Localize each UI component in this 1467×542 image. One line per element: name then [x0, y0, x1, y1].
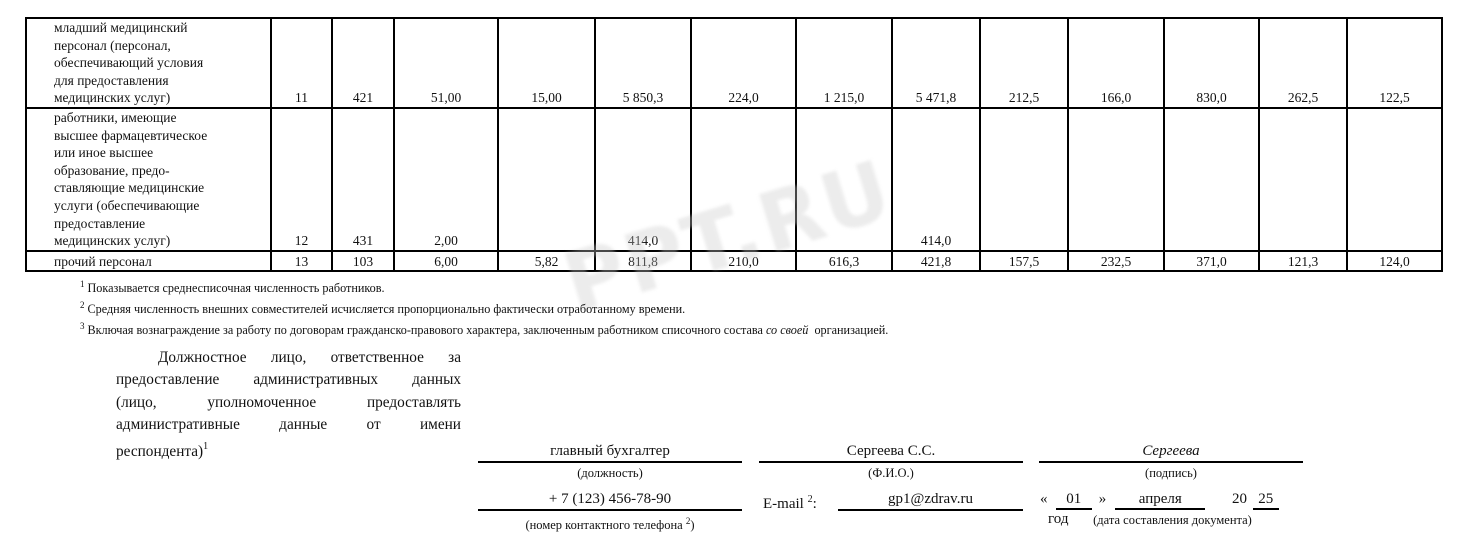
row-label-line: прочий персонал: [54, 253, 266, 270]
row-label-line: для предоставления: [54, 72, 266, 90]
row-label-line: медицинских услуг): [54, 89, 266, 107]
footnote-mark: 2: [80, 300, 85, 310]
table-row: младший медицинскийперсонал (персонал,об…: [26, 18, 1442, 108]
row-label-line: обеспечивающий условия: [54, 54, 266, 72]
value-cell: [498, 108, 595, 251]
position-value[interactable]: главный бухгалтер: [478, 442, 742, 463]
signature-value[interactable]: Сергеева: [1039, 442, 1303, 463]
responsible-person-statement: Должностное лицо, ответственное за предо…: [116, 347, 461, 463]
footnote-mark: 3: [80, 321, 85, 331]
row-label-line: образование, предо-: [54, 162, 266, 180]
value-cell: 371,0: [1164, 251, 1259, 271]
value-cell: [1164, 108, 1259, 251]
phone-field[interactable]: + 7 (123) 456-78-90 (номер контактного т…: [478, 490, 742, 533]
table-row: работники, имеющиевысшее фармацевтическо…: [26, 108, 1442, 251]
email-label: E-mail 2:: [763, 490, 817, 514]
value-cell: 122,5: [1347, 18, 1442, 108]
value-cell: 15,00: [498, 18, 595, 108]
value-cell: [1259, 108, 1347, 251]
footnote-1: 1Показывается среднесписочная численност…: [80, 274, 888, 295]
responsible-line-2: предоставление административных данных: [116, 369, 461, 391]
email-value[interactable]: gp1@zdrav.ru: [838, 490, 1023, 511]
footnote-mark: 1: [80, 279, 85, 289]
value-cell: 414,0: [595, 108, 691, 251]
okpd-code-cell: 421: [332, 18, 394, 108]
row-label-line: работники, имеющие: [54, 109, 266, 127]
signature-caption: (подпись): [1039, 465, 1303, 481]
value-cell: [980, 108, 1068, 251]
row-label: работники, имеющиевысшее фармацевтическо…: [26, 108, 271, 251]
value-cell: 1 215,0: [796, 18, 892, 108]
value-cell: 224,0: [691, 18, 796, 108]
row-label-line: высшее фармацевтическое: [54, 127, 266, 145]
responsible-line-1: Должностное лицо, ответственное за: [116, 347, 461, 369]
value-cell: 6,00: [394, 251, 498, 271]
value-cell: [1347, 108, 1442, 251]
position-caption: (должность): [478, 465, 742, 481]
row-number-cell: 12: [271, 108, 332, 251]
value-cell: 51,00: [394, 18, 498, 108]
phone-value[interactable]: + 7 (123) 456-78-90: [478, 490, 742, 511]
footnote-italic-text: со своей: [766, 323, 808, 337]
responsible-line-3: (лицо, уполномоченное предоставлять: [116, 392, 461, 414]
footnote-text: Показывается среднесписочная численность…: [88, 281, 385, 295]
responsible-line-4: административные данные от имени: [116, 414, 461, 436]
footnotes: 1Показывается среднесписочная численност…: [80, 274, 888, 337]
value-cell: [796, 108, 892, 251]
row-label-line: ставляющие медицинские: [54, 179, 266, 197]
personnel-data-table: младший медицинскийперсонал (персонал,об…: [25, 17, 1443, 272]
row-label-line: медицинских услуг): [54, 232, 266, 250]
value-cell: 157,5: [980, 251, 1068, 271]
email-field[interactable]: gp1@zdrav.ru: [838, 490, 1023, 511]
footnote-mark: 1: [203, 441, 208, 452]
value-cell: 616,3: [796, 251, 892, 271]
footnote-text: Включая вознаграждение за работу по дого…: [88, 323, 766, 337]
date-close-quote: »: [1096, 490, 1110, 509]
value-cell: 212,5: [980, 18, 1068, 108]
value-cell: 5 471,8: [892, 18, 980, 108]
date-month-field[interactable]: апреля: [1115, 491, 1205, 510]
value-cell: 262,5: [1259, 18, 1347, 108]
row-label: младший медицинскийперсонал (персонал,об…: [26, 18, 271, 108]
table-row: прочий персонал131036,005,82811,8210,061…: [26, 251, 1442, 271]
phone-caption: (номер контактного телефона 2): [478, 513, 742, 533]
fio-value[interactable]: Сергеева С.С.: [759, 442, 1023, 463]
row-label-line: персонал (персонал,: [54, 37, 266, 55]
date-caption: (дата составления документа): [1040, 512, 1305, 528]
position-field[interactable]: главный бухгалтер (должность): [478, 442, 742, 481]
value-cell: 414,0: [892, 108, 980, 251]
value-cell: 5 850,3: [595, 18, 691, 108]
value-cell: 811,8: [595, 251, 691, 271]
value-cell: [691, 108, 796, 251]
value-cell: 421,8: [892, 251, 980, 271]
value-cell: 5,82: [498, 251, 595, 271]
footnote-text-end: организацией.: [808, 323, 888, 337]
value-cell: 121,3: [1259, 251, 1347, 271]
row-label-line: или иное высшее: [54, 144, 266, 162]
date-year-field[interactable]: 25: [1253, 491, 1279, 510]
value-cell: 166,0: [1068, 18, 1164, 108]
footnote-2: 2Средняя численность внешних совместител…: [80, 295, 888, 316]
row-label-line: услуги (обеспечивающие: [54, 197, 266, 215]
value-cell: 2,00: [394, 108, 498, 251]
fio-caption: (Ф.И.О.): [759, 465, 1023, 481]
footnote-3: 3Включая вознаграждение за работу по дог…: [80, 316, 888, 337]
date-open-quote: «: [1040, 490, 1052, 509]
signature-field[interactable]: Сергеева (подпись): [1039, 442, 1303, 481]
value-cell: 124,0: [1347, 251, 1442, 271]
value-cell: 830,0: [1164, 18, 1259, 108]
fio-field[interactable]: Сергеева С.С. (Ф.И.О.): [759, 442, 1023, 481]
row-label-line: младший медицинский: [54, 19, 266, 37]
row-label: прочий персонал: [26, 251, 271, 271]
value-cell: [1068, 108, 1164, 251]
row-number-cell: 11: [271, 18, 332, 108]
date-century: 20: [1217, 490, 1247, 509]
value-cell: 210,0: [691, 251, 796, 271]
row-number-cell: 13: [271, 251, 332, 271]
footnote-text: Средняя численность внешних совместителе…: [88, 302, 686, 316]
okpd-code-cell: 431: [332, 108, 394, 251]
date-day-field[interactable]: 01: [1056, 491, 1092, 510]
okpd-code-cell: 103: [332, 251, 394, 271]
responsible-line-5: респондента)1: [116, 436, 461, 463]
row-label-line: предоставление: [54, 215, 266, 233]
value-cell: 232,5: [1068, 251, 1164, 271]
